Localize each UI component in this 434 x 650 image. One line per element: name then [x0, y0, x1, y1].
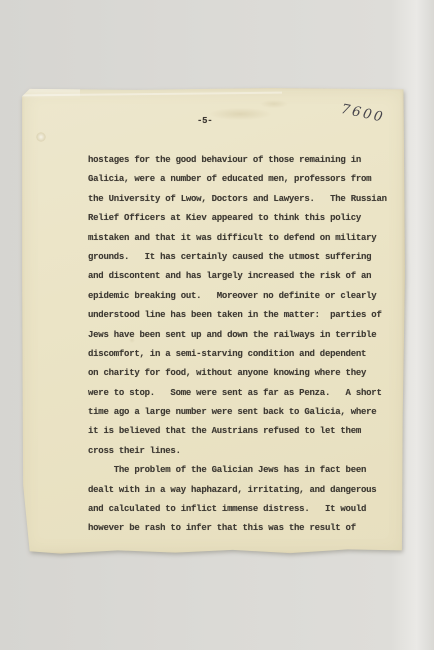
text-line: however be rash to infer that this was t… [88, 519, 408, 538]
text-line: hostages for the good behaviour of those… [88, 151, 408, 170]
text-line: The problem of the Galician Jews has in … [88, 461, 408, 480]
text-line: epidemic breaking out. Moreover no defin… [88, 287, 408, 306]
document-paper: -5- 7600 hostages for the good behaviour… [22, 88, 405, 555]
paper-fold-corner [22, 88, 80, 99]
text-line: on charity for food, without anyone know… [88, 364, 408, 383]
text-line: were to stop. Some were sent as far as P… [88, 384, 408, 403]
handwritten-folio-number: 7600 [340, 101, 387, 126]
text-line: Jews have been sent up and down the rail… [88, 326, 408, 345]
text-line: Galicia, were a number of educated men, … [88, 170, 408, 189]
text-line: cross their lines. [88, 442, 408, 461]
scan-background: -5- 7600 hostages for the good behaviour… [0, 0, 434, 650]
text-line: and discontent and has largely increased… [88, 267, 408, 286]
typed-text-block: hostages for the good behaviour of those… [88, 151, 408, 539]
page-number: -5- [197, 116, 212, 126]
text-line: and calculated to inflict immense distre… [88, 500, 408, 519]
text-line: mistaken and that it was difficult to de… [88, 229, 408, 248]
text-line: the University of Lwow, Doctors and Lawy… [88, 190, 408, 209]
paper-sheet: -5- 7600 hostages for the good behaviour… [22, 88, 405, 555]
text-line: time ago a large number were sent back t… [88, 403, 408, 422]
text-line: Relief Officers at Kiev appeared to thin… [88, 209, 408, 228]
text-line: dealt with in a way haphazard, irritatin… [88, 481, 408, 500]
text-line: it is believed that the Austrians refuse… [88, 422, 408, 441]
text-line: discomfort, in a semi-starving condition… [88, 345, 408, 364]
text-line: grounds. It has certainly caused the utm… [88, 248, 408, 267]
text-line: understood line has been taken in the ma… [88, 306, 408, 325]
